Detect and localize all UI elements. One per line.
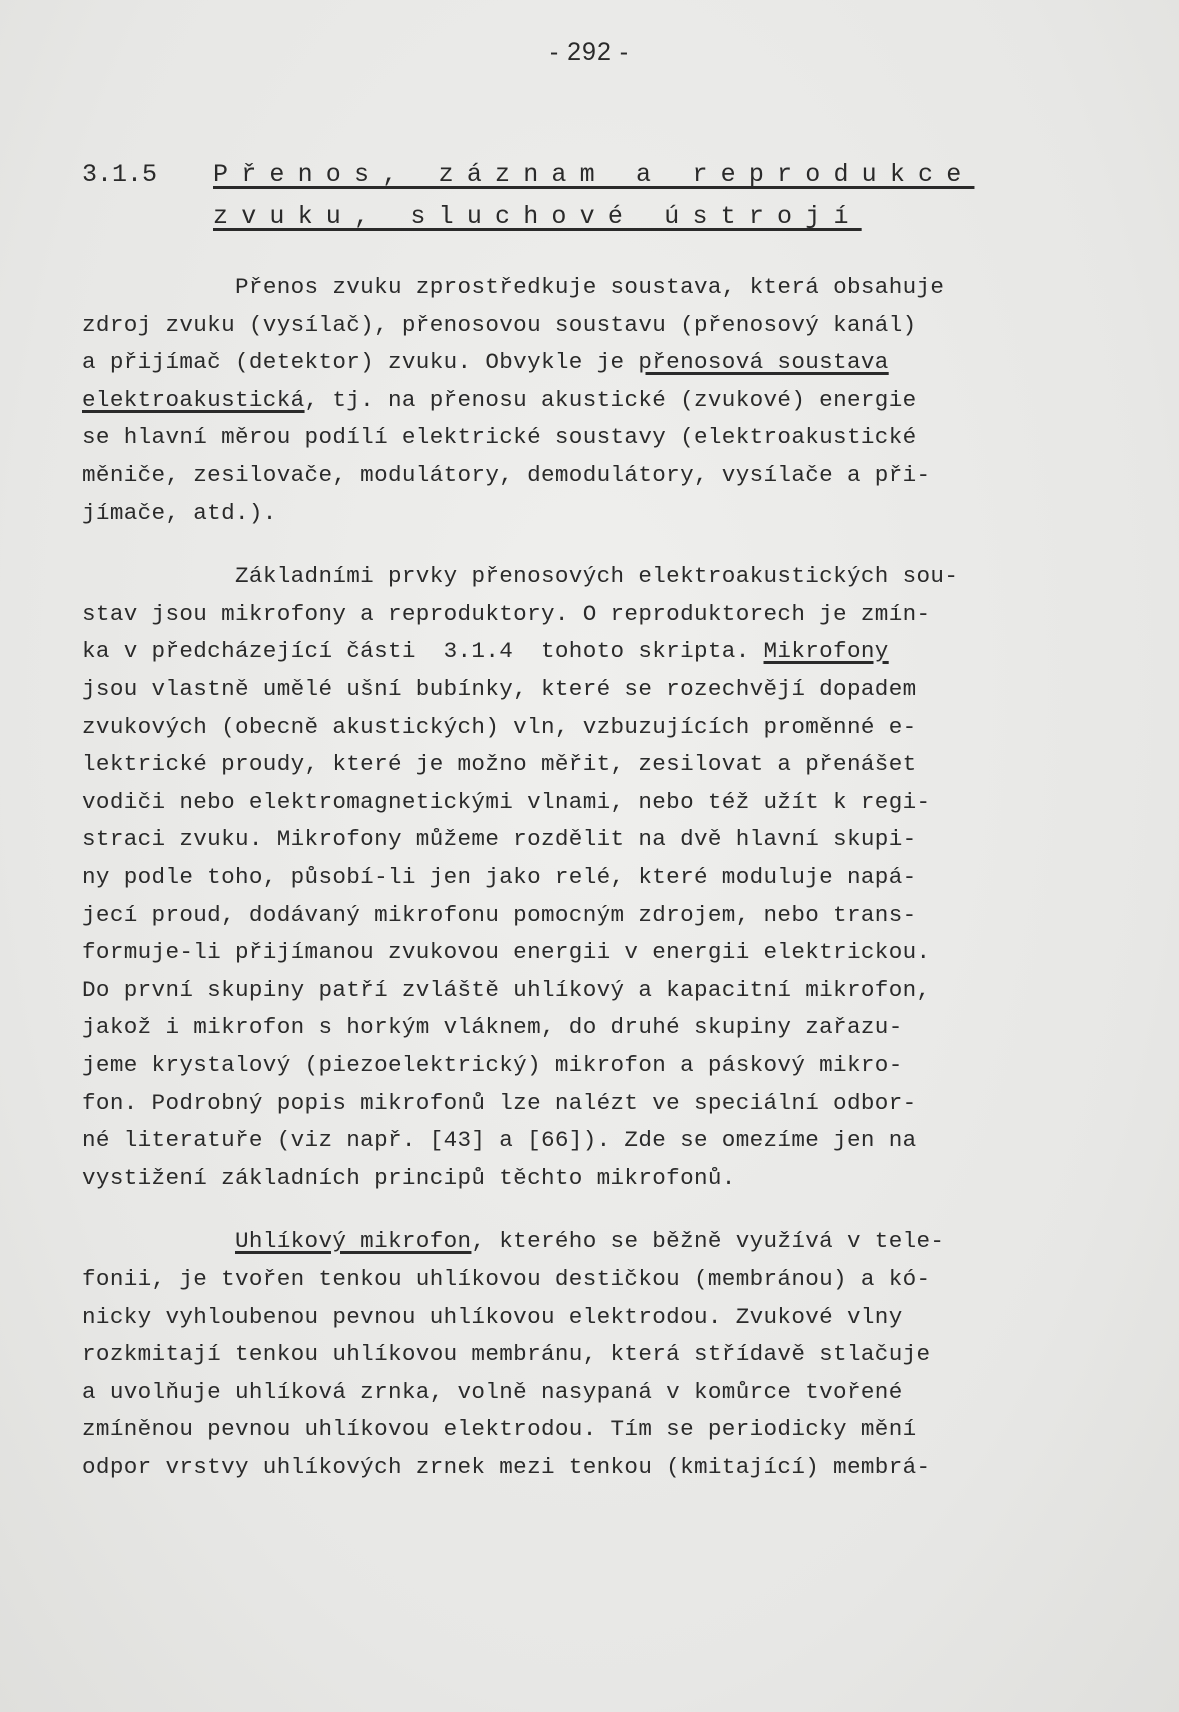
text-segment: Přenos zvuku zprostředkuje soustava, kte… xyxy=(235,274,944,300)
text-segment: né literatuře (viz např. [43] a [66]). Z… xyxy=(82,1127,917,1153)
text-line: zdroj zvuku (vysílač), přenosovou sousta… xyxy=(82,312,917,338)
text-segment: , kterého se běžně využívá v tele- xyxy=(471,1228,944,1254)
text-segment: Základními prvky přenosových elektroakus… xyxy=(235,563,958,589)
text-segment: fon. Podrobný popis mikrofonů lze nalézt… xyxy=(82,1090,917,1116)
text-segment: jeme krystalový (piezoelektrický) mikrof… xyxy=(82,1052,903,1078)
text-line: zmíněnou pevnou uhlíkovou elektrodou. Tí… xyxy=(82,1416,917,1442)
text-line: jeme krystalový (piezoelektrický) mikrof… xyxy=(82,1052,903,1078)
text-segment: jecí proud, dodávaný mikrofonu pomocným … xyxy=(82,902,917,928)
text-line: Přenos zvuku zprostředkuje soustava, kte… xyxy=(235,274,944,300)
text-segment: měniče, zesilovače, modulátory, demodulá… xyxy=(82,462,930,488)
text-line: jsou vlastně umělé ušní bubínky, které s… xyxy=(82,676,917,702)
text-segment: zmíněnou pevnou uhlíkovou elektrodou. Tí… xyxy=(82,1416,917,1442)
text-segment: straci zvuku. Mikrofony můžeme rozdělit … xyxy=(82,826,917,852)
text-line: stav jsou mikrofony a reproduktory. O re… xyxy=(82,601,930,627)
text-line: jakož i mikrofon s horkým vláknem, do dr… xyxy=(82,1014,903,1040)
text-segment: Do první skupiny patří zvláště uhlíkový … xyxy=(82,977,930,1003)
text-segment: lektrické proudy, které je možno měřit, … xyxy=(82,751,917,777)
underlined-term: elektroakustická xyxy=(82,387,305,413)
text-segment: jakož i mikrofon s horkým vláknem, do dr… xyxy=(82,1014,903,1040)
text-line: odpor vrstvy uhlíkových zrnek mezi tenko… xyxy=(82,1454,930,1480)
text-line: vodiči nebo elektromagnetickými vlnami, … xyxy=(82,789,930,815)
underlined-term: přenosová soustava xyxy=(638,349,888,375)
section-number: 3.1.5 xyxy=(82,160,157,189)
text-segment: ka v předcházející části 3.1.4 tohoto sk… xyxy=(82,638,764,664)
scanned-page: - 292 - 3.1.5 Přenos, záznam a reprodukc… xyxy=(0,0,1179,1712)
underlined-term: Uhlíkový mikrofon xyxy=(235,1228,471,1254)
text-line: zvukových (obecně akustických) vln, vzbu… xyxy=(82,714,917,740)
text-segment: zdroj zvuku (vysílač), přenosovou sousta… xyxy=(82,312,917,338)
text-segment: vodiči nebo elektromagnetickými vlnami, … xyxy=(82,789,930,815)
text-line: fonii, je tvořen tenkou uhlíkovou destič… xyxy=(82,1266,930,1292)
text-line: fon. Podrobný popis mikrofonů lze nalézt… xyxy=(82,1090,917,1116)
text-segment: a uvolňuje uhlíková zrnka, volně nasypan… xyxy=(82,1379,903,1405)
underlined-term: Mikrofony xyxy=(764,638,889,664)
text-line: elektroakustická, tj. na přenosu akustic… xyxy=(82,387,917,413)
text-line: a uvolňuje uhlíková zrnka, volně nasypan… xyxy=(82,1379,903,1405)
text-line: ny podle toho, působí-li jen jako relé, … xyxy=(82,864,917,890)
text-segment: jímače, atd.). xyxy=(82,500,277,526)
page-number: - 292 - xyxy=(0,38,1179,67)
text-segment: odpor vrstvy uhlíkových zrnek mezi tenko… xyxy=(82,1454,930,1480)
text-line: Do první skupiny patří zvláště uhlíkový … xyxy=(82,977,930,1003)
text-segment: formuje-li přijímanou zvukovou energii v… xyxy=(82,939,930,965)
text-line: lektrické proudy, které je možno měřit, … xyxy=(82,751,917,777)
text-segment: stav jsou mikrofony a reproduktory. O re… xyxy=(82,601,930,627)
text-line: se hlavní měrou podílí elektrické sousta… xyxy=(82,424,917,450)
text-line: formuje-li přijímanou zvukovou energii v… xyxy=(82,939,930,965)
text-segment: , tj. na přenosu akustické (zvukové) ene… xyxy=(305,387,917,413)
text-line: a přijímač (detektor) zvuku. Obvykle je … xyxy=(82,349,889,375)
text-line: jecí proud, dodávaný mikrofonu pomocným … xyxy=(82,902,917,928)
text-line: měniče, zesilovače, modulátory, demodulá… xyxy=(82,462,930,488)
text-segment: rozkmitají tenkou uhlíkovou membránu, kt… xyxy=(82,1341,930,1367)
text-segment: zvukových (obecně akustických) vln, vzbu… xyxy=(82,714,917,740)
text-line: straci zvuku. Mikrofony můžeme rozdělit … xyxy=(82,826,917,852)
text-segment: ny podle toho, působí-li jen jako relé, … xyxy=(82,864,917,890)
text-segment: fonii, je tvořen tenkou uhlíkovou destič… xyxy=(82,1266,930,1292)
text-line: rozkmitají tenkou uhlíkovou membránu, kt… xyxy=(82,1341,930,1367)
text-line: ka v předcházející části 3.1.4 tohoto sk… xyxy=(82,638,889,664)
text-line: Uhlíkový mikrofon, kterého se běžně využ… xyxy=(235,1228,944,1254)
text-segment: nicky vyhloubenou pevnou uhlíkovou elekt… xyxy=(82,1304,903,1330)
text-segment: a přijímač (detektor) zvuku. Obvykle je xyxy=(82,349,638,375)
text-line: vystižení základních principů těchto mik… xyxy=(82,1165,736,1191)
text-segment: se hlavní měrou podílí elektrické sousta… xyxy=(82,424,917,450)
text-line: né literatuře (viz např. [43] a [66]). Z… xyxy=(82,1127,917,1153)
text-line: jímače, atd.). xyxy=(82,500,277,526)
section-title-line-1: Přenos, záznam a reprodukce xyxy=(213,160,974,189)
section-title-line-2: zvuku, sluchové ústrojí xyxy=(213,202,862,231)
text-line: nicky vyhloubenou pevnou uhlíkovou elekt… xyxy=(82,1304,903,1330)
text-segment: vystižení základních principů těchto mik… xyxy=(82,1165,736,1191)
text-line: Základními prvky přenosových elektroakus… xyxy=(235,563,958,589)
text-segment: jsou vlastně umělé ušní bubínky, které s… xyxy=(82,676,917,702)
